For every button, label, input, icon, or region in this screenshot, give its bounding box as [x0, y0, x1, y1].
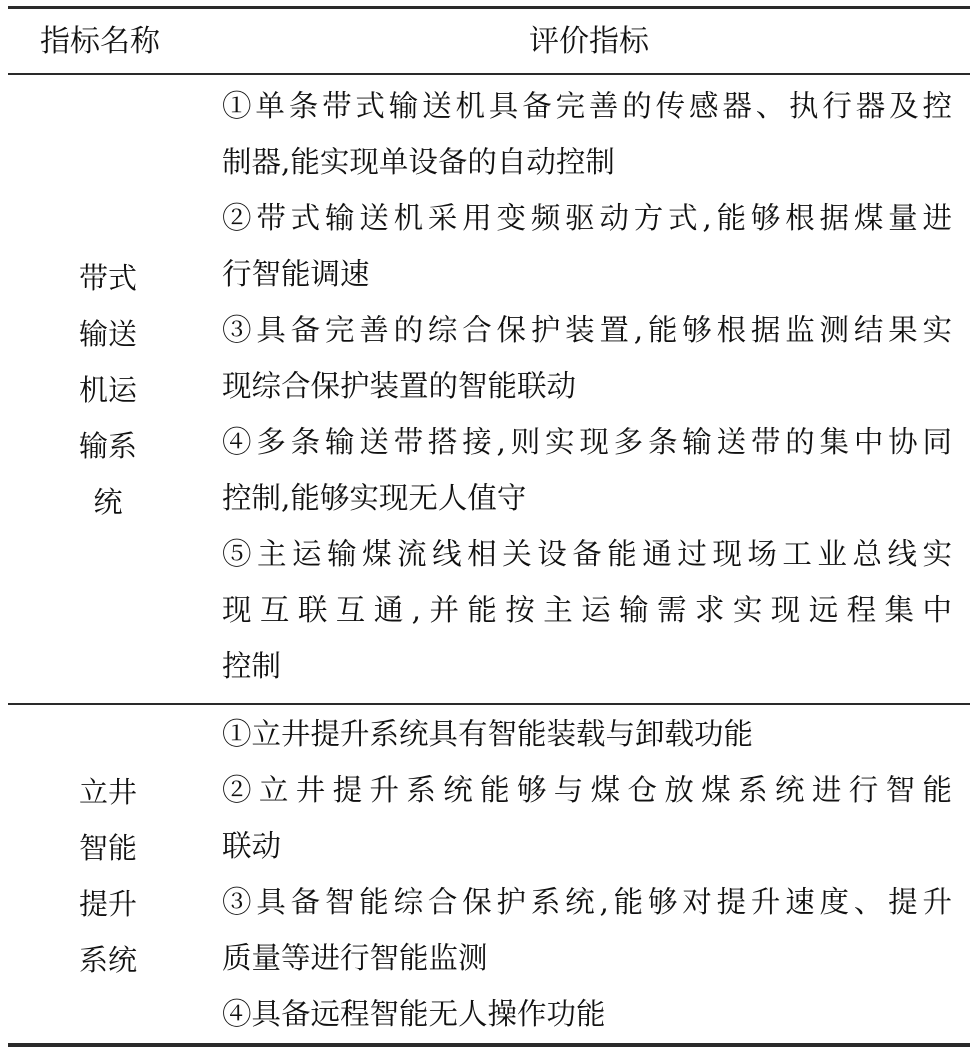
name-line: 机运: [60, 362, 156, 418]
header-rule: [8, 73, 970, 75]
criteria-list: ①单条带式输送机具备完善的传感器、执行器及控 制器,能实现单设备的自动控制 ②带…: [222, 78, 952, 694]
criterion-line: ④多条输送带搭接,则实现多条输送带的集中协同: [222, 414, 952, 470]
criterion-line: 现互联互通,并能按主运输需求实现远程集中: [222, 582, 952, 638]
criterion-line: ①单条带式输送机具备完善的传感器、执行器及控: [222, 78, 952, 134]
row-name-shaft-hoist: 立井 智能 提升 系统: [60, 764, 156, 988]
name-line: 输系: [60, 418, 156, 474]
table-bottom-rule: [8, 1043, 970, 1047]
criterion-line: 控制,能够实现无人值守: [222, 470, 952, 526]
criterion-line: ③具备完善的综合保护装置,能够根据监测结果实: [222, 302, 952, 358]
criterion-line: ⑤主运输煤流线相关设备能通过现场工业总线实: [222, 526, 952, 582]
table-top-rule: [8, 6, 970, 9]
criterion-line: ①立井提升系统具有智能装载与卸载功能: [222, 706, 952, 762]
criterion-line: 控制: [222, 638, 952, 694]
criterion-line: ②立井提升系统能够与煤仓放煤系统进行智能: [222, 762, 952, 818]
row-name-belt-conveyor: 带式 输送 机运 输系 统: [60, 250, 156, 530]
name-line: 智能: [60, 820, 156, 876]
row-divider-rule: [8, 703, 970, 705]
name-line: 提升: [60, 876, 156, 932]
criterion-line: 质量等进行智能监测: [222, 930, 952, 986]
table-row-belt-conveyor: 带式 输送 机运 输系 统 ①单条带式输送机具备完善的传感器、执行器及控 制器,…: [0, 78, 976, 702]
header-evaluation-indicator: 评价指标: [208, 22, 970, 62]
criterion-line: ③具备智能综合保护系统,能够对提升速度、提升: [222, 874, 952, 930]
criterion-line: 联动: [222, 818, 952, 874]
table-row-shaft-hoist: 立井 智能 提升 系统 ①立井提升系统具有智能装载与卸载功能 ②立井提升系统能够…: [0, 706, 976, 1043]
criterion-line: ④具备远程智能无人操作功能: [222, 986, 952, 1042]
name-line: 系统: [60, 932, 156, 988]
criterion-line: ②带式输送机采用变频驱动方式,能够根据煤量进: [222, 190, 952, 246]
name-line: 立井: [60, 764, 156, 820]
criterion-line: 现综合保护装置的智能联动: [222, 358, 952, 414]
name-line: 统: [60, 474, 156, 530]
header-indicator-name: 指标名称: [40, 22, 180, 62]
criteria-list: ①立井提升系统具有智能装载与卸载功能 ②立井提升系统能够与煤仓放煤系统进行智能 …: [222, 706, 952, 1042]
criterion-line: 行智能调速: [222, 246, 952, 302]
name-line: 带式: [60, 250, 156, 306]
name-line: 输送: [60, 306, 156, 362]
criterion-line: 制器,能实现单设备的自动控制: [222, 134, 952, 190]
